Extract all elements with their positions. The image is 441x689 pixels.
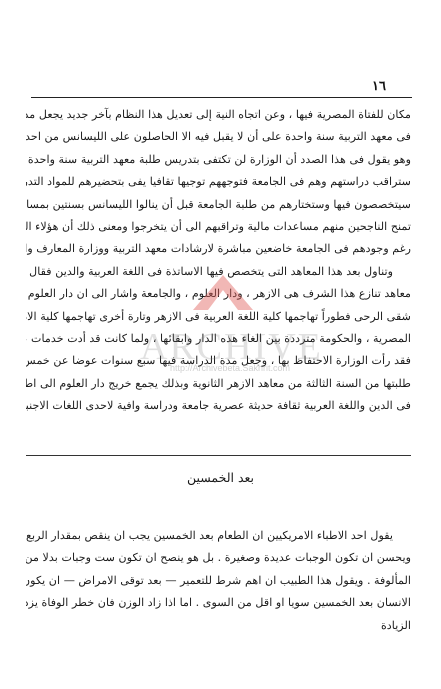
text-line: ستراقب دراستهم وهم فى الجامعة فتوجههم تو… bbox=[26, 171, 411, 193]
text-line: وهو يقول فى هذا الصدد أن الوزارة لن تكتف… bbox=[26, 149, 411, 171]
text-line: يقول احد الاطباء الامريكيين ان الطعام بع… bbox=[26, 525, 411, 547]
text-line: تمنح الناجحين منهم مساعدات مالية وتراقبه… bbox=[26, 216, 411, 238]
text-line: فى معهد التربية سنة واحدة على أن لا يقبل… bbox=[26, 126, 411, 148]
section-divider bbox=[26, 455, 411, 456]
section-heading: بعد الخمسين bbox=[0, 470, 441, 485]
text-line: رغم وجودهم فى الجامعة خاضعين مباشرة لارش… bbox=[26, 238, 411, 260]
text-line: ويحسن ان تكون الوجبات عديدة وصغيرة . بل … bbox=[26, 547, 411, 569]
text-line: شقى الرحى فطوراً تهاجمها كلية اللغة العر… bbox=[26, 306, 411, 328]
text-line: سيتخصصون فيها وستختارهم من طلبة الجامعة … bbox=[26, 194, 411, 216]
text-line: فقد رأت الوزارة الاحتفاظ بها ، وجعل مدة … bbox=[26, 350, 411, 372]
text-line: الزيادة bbox=[26, 615, 411, 637]
text-line: المألوفة . ويقول هذا الطبيب ان اهم شرط ل… bbox=[26, 570, 411, 592]
text-line: المصرية ، والحكومة مترددة بين الغاء هذه … bbox=[26, 328, 411, 350]
article-paragraph-1: مكان للفتاة المصرية فيها ، وعن اتجاه الن… bbox=[26, 104, 411, 418]
text-line: الانسان بعد الخمسين سويا او اقل من السوى… bbox=[26, 592, 411, 614]
text-line: معاهد تنازع هذا الشرف هى الازهر ، ودار ا… bbox=[26, 283, 411, 305]
text-line: طلبتها من السنة الثالثة من معاهد الازهر … bbox=[26, 373, 411, 395]
header-rule bbox=[31, 97, 412, 98]
text-line: مكان للفتاة المصرية فيها ، وعن اتجاه الن… bbox=[26, 104, 411, 126]
text-line: فى الدين واللغة العربية ثقافة حديثة عصري… bbox=[26, 395, 411, 417]
page-number: ١٦ bbox=[372, 79, 386, 94]
text-line: وتناول بعد هذا المعاهد التى يتخصص فيها ا… bbox=[26, 261, 411, 283]
article-paragraph-2: يقول احد الاطباء الامريكيين ان الطعام بع… bbox=[26, 525, 411, 637]
